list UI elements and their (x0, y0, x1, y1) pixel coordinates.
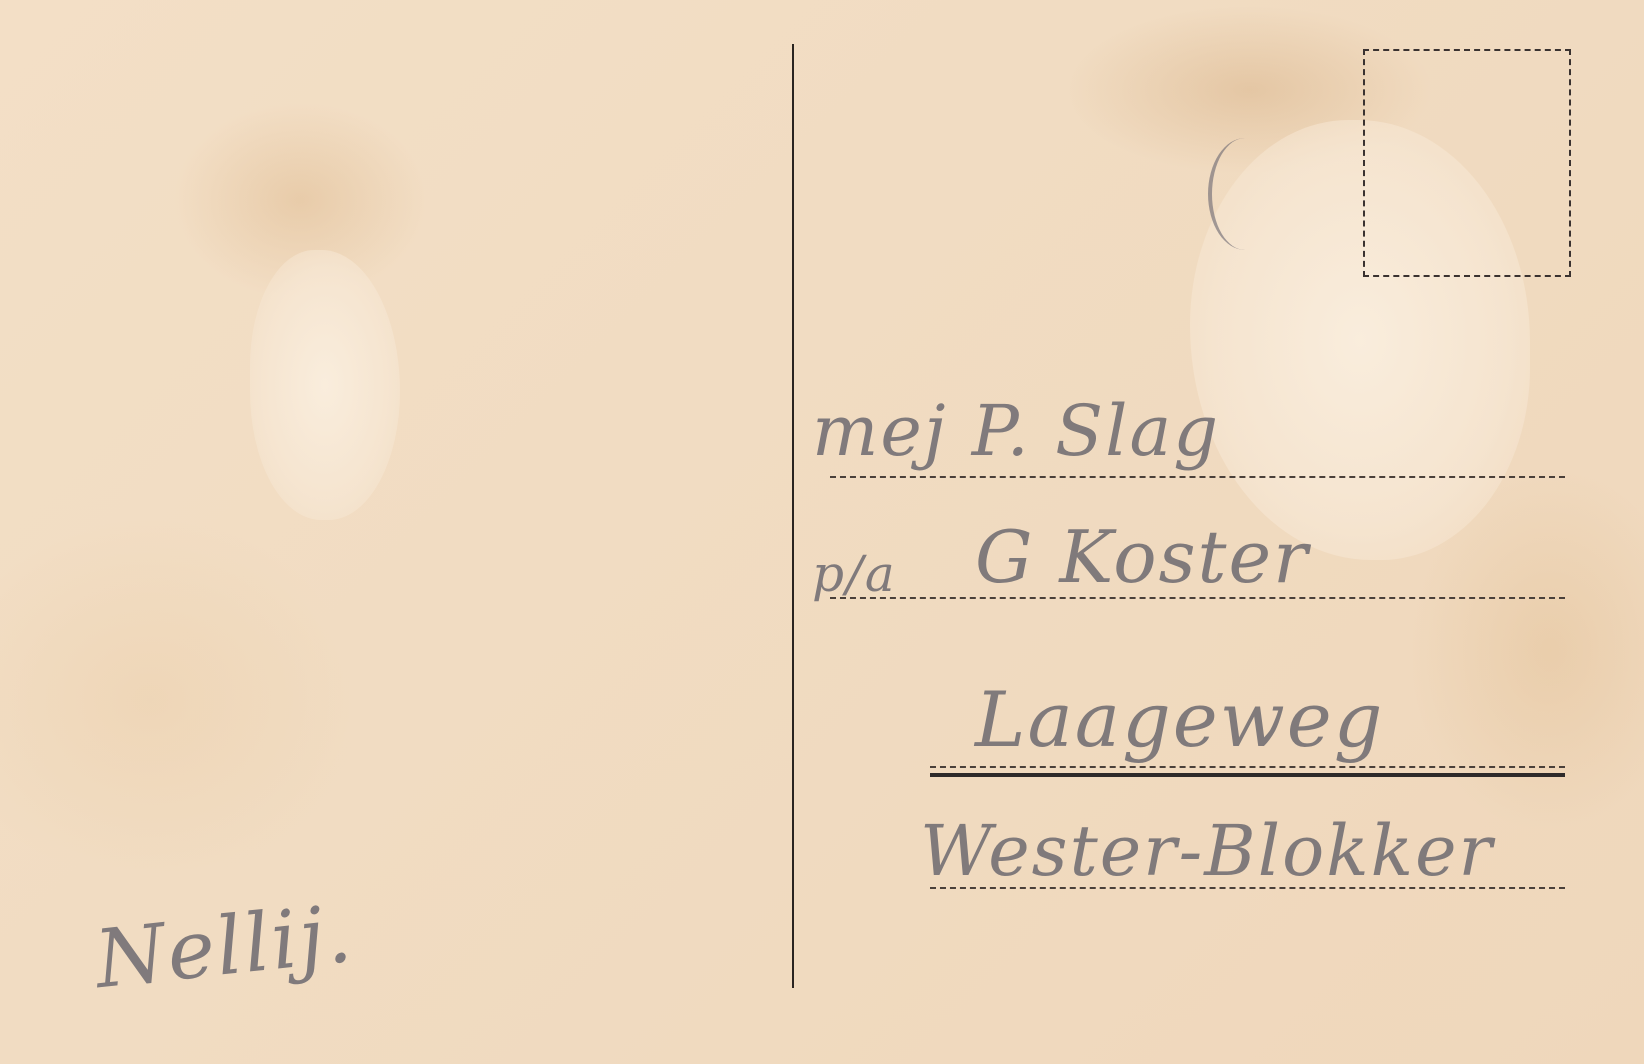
address-line-3-dashed (930, 766, 1565, 768)
address-care-of-name: G Koster (975, 515, 1310, 599)
worn-patch-left (250, 250, 400, 520)
address-line-3-solid (930, 773, 1565, 777)
address-line-1 (830, 476, 1565, 478)
postmark-remnant-icon (1208, 138, 1282, 250)
stamp-placement-box (1363, 49, 1571, 277)
address-recipient: mej P. Slag (812, 390, 1220, 472)
postcard-back: mej P. Slag p/a G Koster Laageweg Wester… (0, 0, 1644, 1064)
address-care-of-prefix: p/a (812, 545, 897, 603)
signature: Nellij. (91, 887, 358, 1006)
center-divider-line (792, 44, 794, 988)
address-street: Laageweg (975, 675, 1384, 764)
address-town: Wester-Blokker (920, 810, 1494, 892)
